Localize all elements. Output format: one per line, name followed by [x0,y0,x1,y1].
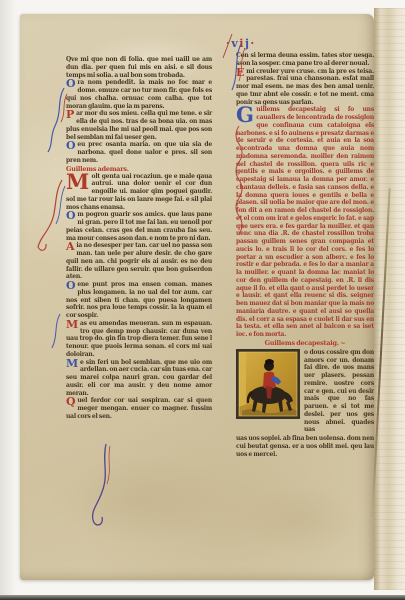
text-block: Aia no desesper per tan. car uel no pass… [66,242,212,281]
parchment-stain [240,484,360,554]
decorated-initial: A [66,242,74,252]
rubric: Guillems decapestaig. ~ [236,339,374,347]
text-block: Me sin feri un bol semblan. que me uio o… [66,359,212,398]
rubric: Guillems ademars. [66,165,212,173]
decorated-initial: P [66,110,74,120]
text-block: Mas eu amendas meueran. sun m espauan. t… [66,320,212,359]
text-block: Con si lerma deuna essim. tates stor ues… [236,52,374,68]
folio-number-char: · [250,37,255,50]
decorated-initial: Q [66,397,75,407]
text-block: Oene punt pros ma ensen coman. manes plu… [66,281,212,320]
text-block: Ora nom pendedit. ia mais no foc mar e d… [66,79,212,110]
miniature-rider-on-horseback [236,349,300,419]
decorated-initial: O [66,141,75,151]
decorated-initial: E [236,68,244,78]
manuscript-page: ·vij· Qve mi que non di folia. que mei u… [20,14,374,580]
decorated-initial: O [66,79,75,89]
folio-number: ·vij· [226,37,256,50]
text-block: Emi creuler yure cruse. cm la pre es tei… [236,68,374,107]
decorated-initial: G [236,106,254,124]
text-block: Oeu prec osanta maria. on que uia sia de… [66,141,212,164]
photo-bottom-edge [0,595,405,600]
text-block: Guillems decapestaig si fo uns cauallers… [236,106,374,339]
canso-side-text: o dous cossire qm don amors cor un. dona… [304,349,374,434]
fore-edge-crease [371,188,390,518]
text-block: Quel ferdor cor uai sospiran. car si que… [66,397,212,420]
text-block: Molt genta uai rocaziun. ge e male qaua … [66,173,212,212]
text-block: uas uos soplei. ab fina ben uolensa. dom… [236,435,374,458]
text-block: Qve mi que non di folia. que mei uaill u… [66,56,212,79]
decorated-initial: O [66,281,75,291]
decorated-initial: M [66,173,89,191]
book-fore-edge [374,8,405,590]
photo-mount-left [0,0,16,600]
decorated-initial: M [66,320,78,330]
text-block: Par mor du sos mieu. cella qui me tene. … [66,110,212,141]
parchment-stain [50,454,230,544]
miniature-row: o dous cossire qm don amors cor un. dona… [236,349,374,434]
text-block: Om pogron guarir sos amics. que laus pan… [66,211,212,242]
text-column-right: Con si lerma deuna essim. tates stor ues… [236,52,374,458]
text-column-left: Qve mi que non di folia. que mei uaill u… [66,56,212,421]
decorated-initial: M [66,359,78,369]
decorated-initial: O [66,211,75,221]
